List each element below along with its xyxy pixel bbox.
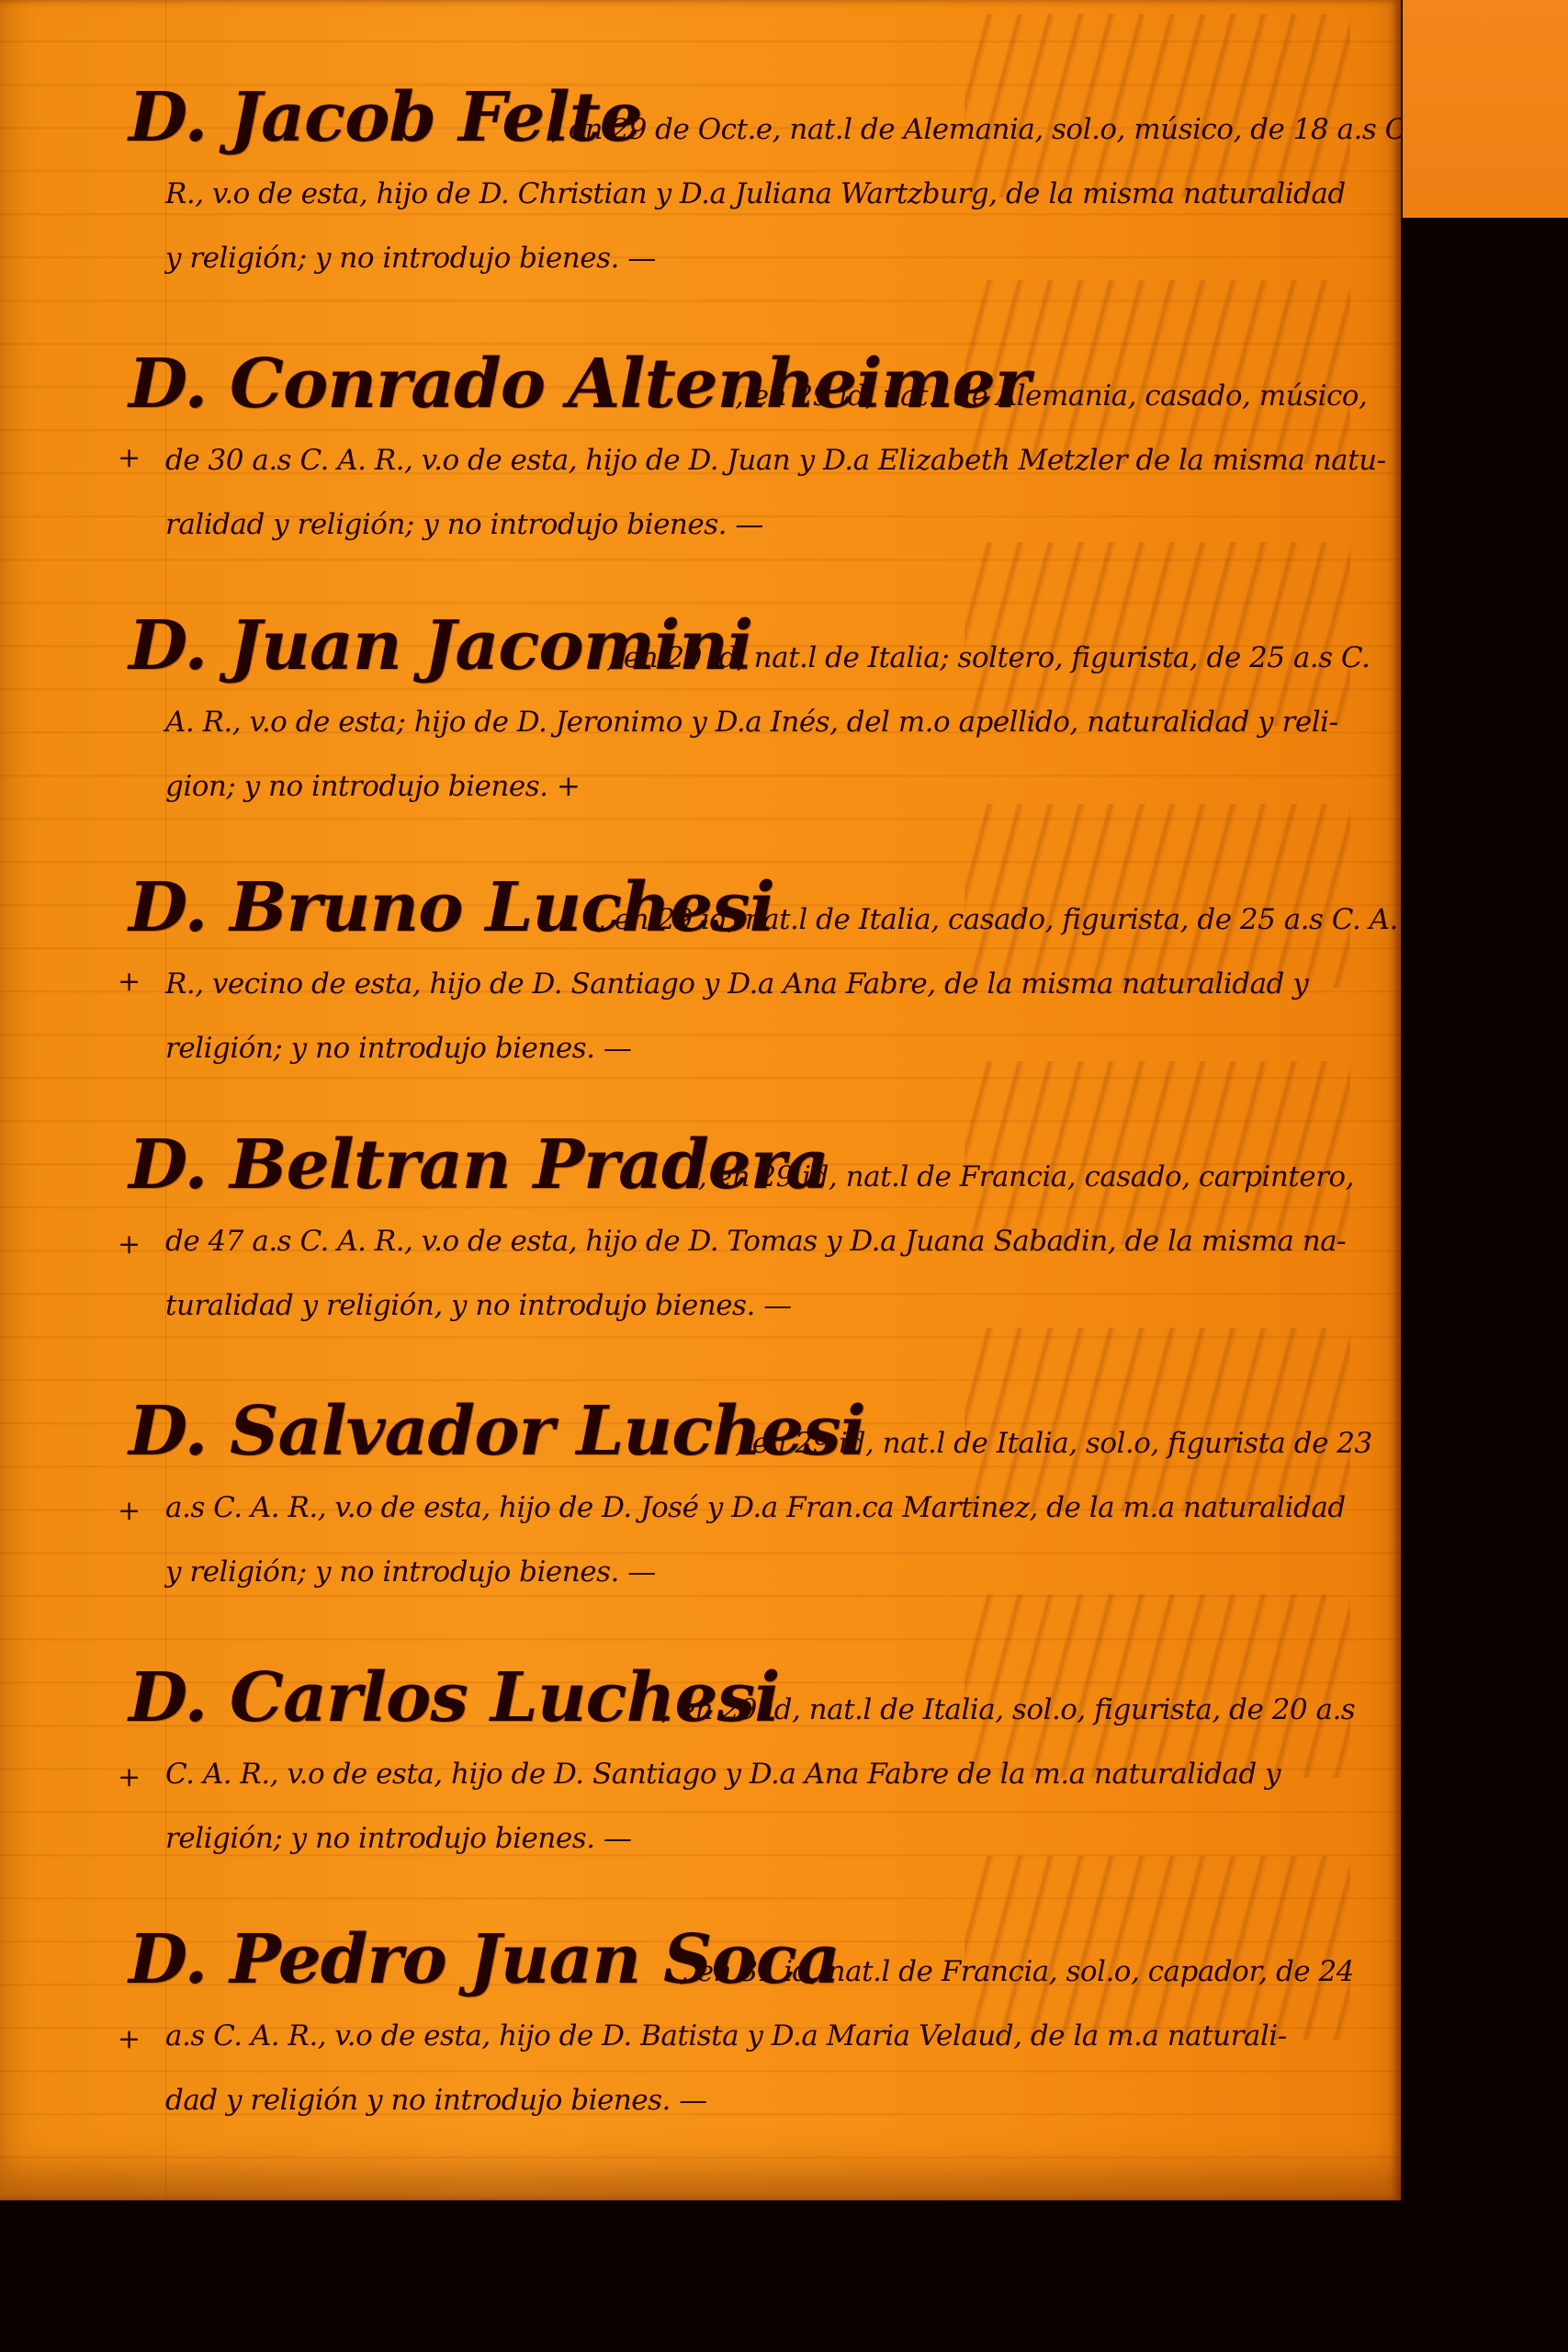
- entry-3: D. Juan Jacomini , en 29 id, nat.l de It…: [0, 606, 1401, 873]
- entry-1: D. Jacob Felte , en 29 de Oct.e, nat.l d…: [0, 78, 1401, 345]
- margin-mark: +: [118, 1228, 141, 1261]
- adjacent-page-corner: [1403, 0, 1568, 218]
- entry-line-3: y religión; y no introdujo bienes. —: [165, 242, 656, 275]
- entry-line-1: , en 31 id, nat.l de Francia, sol.o, cap…: [680, 1955, 1354, 1988]
- entry-2: + D. Conrado Altenheimer , en 29 id, nat…: [0, 345, 1401, 611]
- entry-8: + D. Pedro Juan Soca , en 31 id, nat.l d…: [0, 1920, 1401, 2187]
- entry-line-2: de 30 a.s C. A. R., v.o de esta, hijo de…: [165, 444, 1386, 477]
- entry-line-2: a.s C. A. R., v.o de esta, hijo de D. Ba…: [165, 2019, 1287, 2052]
- entry-line-1: , en 29 id, nat.l de Italia, sol.o, figu…: [661, 1693, 1355, 1726]
- entry-line-2: de 47 a.s C. A. R., v.o de esta, hijo de…: [165, 1225, 1346, 1258]
- entry-7: + D. Carlos Luchesi , en 29 id, nat.l de…: [0, 1658, 1401, 1925]
- entry-5: + D. Beltran Pradera , en 29 id, nat.l d…: [0, 1125, 1401, 1392]
- entry-line-2: R., vecino de esta, hijo de D. Santiago …: [165, 967, 1308, 1001]
- entry-6: + D. Salvador Luchesi , en 29 id, nat.l …: [0, 1392, 1401, 1658]
- margin-mark: +: [118, 1495, 141, 1527]
- entry-line-1: , en 29 id, nat.l de Francia, casado, ca…: [698, 1160, 1354, 1193]
- entry-line-1: , en 29 id, nat.l de Italia, casado, fig…: [597, 903, 1398, 936]
- margin-mark: +: [118, 966, 141, 998]
- entry-line-2: a.s C. A. R., v.o de esta, hijo de D. Jo…: [165, 1491, 1346, 1524]
- margin-mark: +: [118, 1761, 141, 1793]
- entry-line-2: R., v.o de esta, hijo de D. Christian y …: [165, 177, 1346, 210]
- entry-line-3: dad y religión y no introdujo bienes. —: [165, 2084, 707, 2117]
- entry-line-1: , en 29 id, nat.l de Italia, sol.o, figu…: [735, 1427, 1372, 1460]
- entry-line-3: gion; y no introdujo bienes. +: [165, 770, 580, 803]
- entry-line-3: ralidad y religión; y no introdujo biene…: [165, 508, 763, 541]
- margin-mark: +: [118, 442, 141, 474]
- entry-line-1: , en 29 id, nat.l de Italia; soltero, fi…: [606, 641, 1370, 674]
- entry-line-3: y religión; y no introdujo bienes. —: [165, 1555, 656, 1589]
- entry-line-1: , en 29 id, nat.l de Alemania, casado, m…: [735, 379, 1367, 413]
- margin-mark: +: [118, 2023, 141, 2055]
- entry-line-2: A. R., v.o de esta; hijo de D. Jeronimo …: [165, 706, 1338, 739]
- bleed-through: [964, 14, 1350, 198]
- entry-line-3: religión; y no introdujo bienes. —: [165, 1822, 631, 1855]
- entry-4: + D. Bruno Luchesi , en 29 id, nat.l de …: [0, 868, 1401, 1135]
- entry-line-1: , en 29 de Oct.e, nat.l de Alemania, sol…: [551, 113, 1451, 146]
- entry-line-3: religión; y no introdujo bienes. —: [165, 1032, 631, 1065]
- entry-line-2: C. A. R., v.o de esta, hijo de D. Santia…: [165, 1758, 1280, 1791]
- register-page: D. Jacob Felte , en 29 de Oct.e, nat.l d…: [0, 0, 1401, 2200]
- entry-line-3: turalidad y religión, y no introdujo bie…: [165, 1289, 792, 1322]
